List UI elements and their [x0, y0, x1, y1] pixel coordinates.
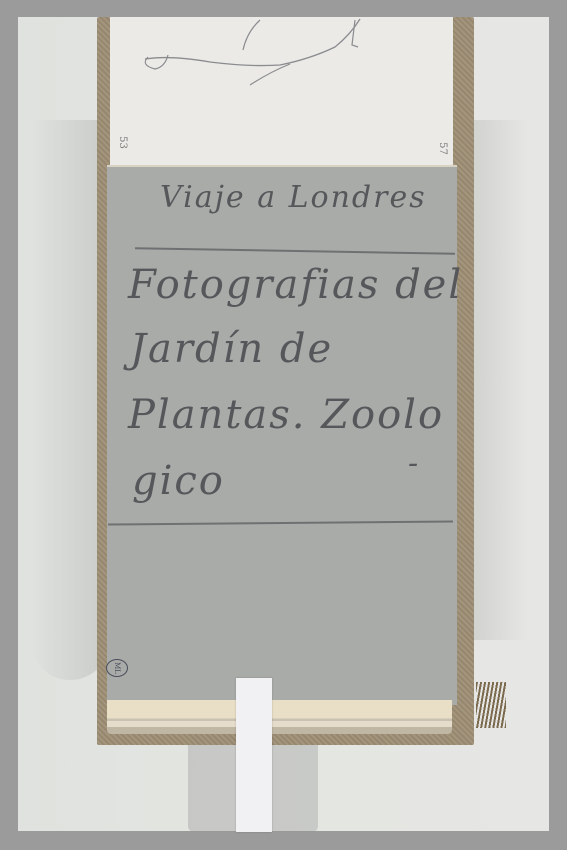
page-block-edges: [107, 700, 452, 734]
handwritten-heading: Viaje a Londres: [160, 180, 427, 215]
handwritten-line-1: Fotografias del: [128, 262, 463, 308]
sketch-page-top: 53 57: [110, 17, 453, 165]
page-number-left: 53: [117, 136, 128, 149]
handwritten-line-2: Jardín de: [130, 326, 333, 372]
frayed-tassel: [476, 682, 506, 728]
bookmark-strip: [236, 678, 272, 832]
handwritten-line-4: gico: [132, 458, 225, 504]
handwritten-line-3: Plantas. Zoolo: [128, 392, 444, 438]
handwritten-hyphen: -: [408, 446, 420, 481]
pencil-sketch: [110, 17, 453, 165]
collection-stamp: ML: [106, 659, 128, 677]
book-shadow-right: [468, 120, 528, 640]
page-number-right: 57: [437, 142, 448, 155]
